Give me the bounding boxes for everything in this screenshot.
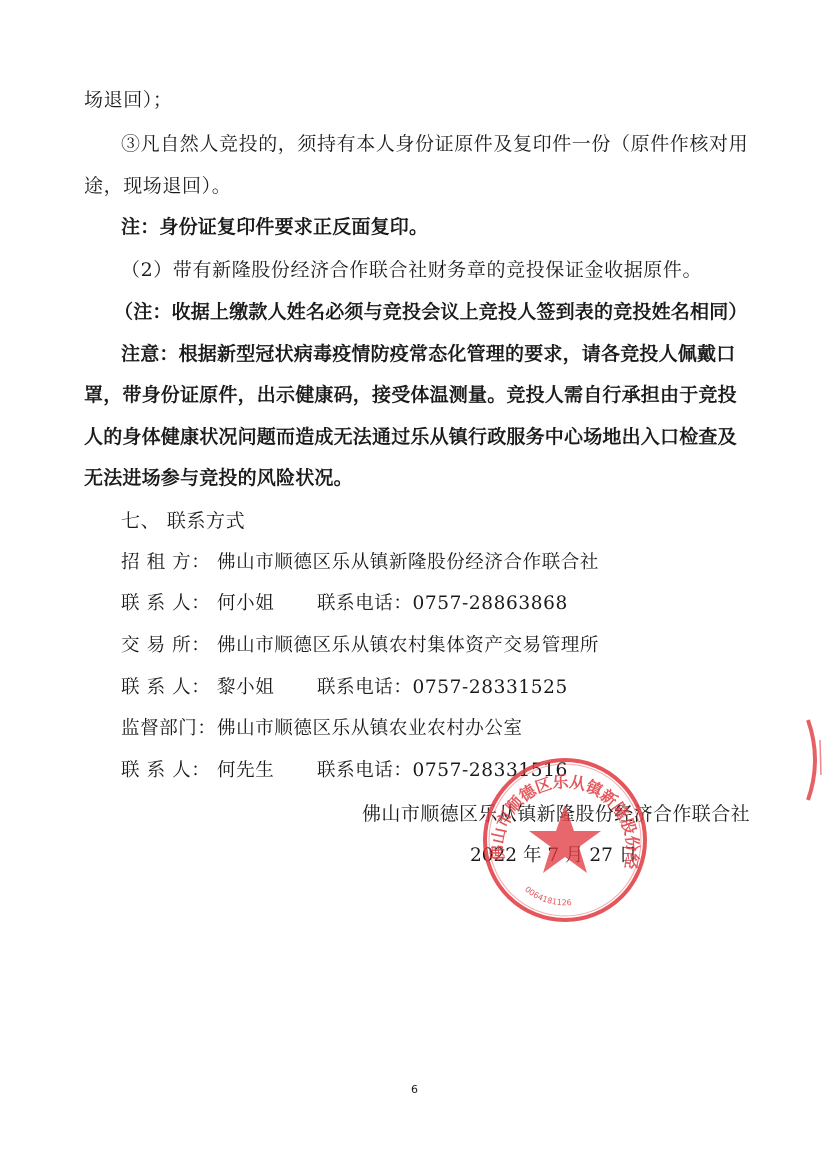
contact-row: 联 系 人：何先生 联系电话：0757-28331516 [121,759,274,783]
contact-label: 联 系 人： [121,759,217,783]
contact-value: 佛山市顺德区乐从镇农村集体资产交易管理所 [217,635,599,656]
svg-text:0064181126: 0064181126 [523,885,572,908]
signature-organization: 佛山市顺德区乐从镇新隆股份经济合作联合社 [362,802,750,826]
paragraph-text: ③凡自然人竞投的，须持有本人身份证原件及复印件一份（原件作核对用 [121,132,748,156]
contact-row: 交 易 所：佛山市顺德区乐从镇农村集体资产交易管理所 [121,634,599,658]
contact-label: 交 易 所： [121,634,217,658]
notice-text: 注意：根据新型冠状病毒疫情防疫常态化管理的要求，请各竞投人佩戴口 [121,342,735,366]
contact-value: 何先生 [217,760,274,781]
note-text: 注：身份证复印件要求正反面复印。 [121,215,428,239]
note-text: （注：收据上缴款人姓名必须与竞投会议上竞投人签到表的竞投姓名相同） [114,300,748,324]
notice-text: 罩，带身份证原件，出示健康码，接受体温测量。竞投人需自行承担由于竞投 [84,383,737,407]
seal-fragment-icon [800,715,827,805]
contact-label: 联 系 人： [121,676,217,700]
page-number: 6 [411,1083,418,1096]
contact-label: 监督部门： [121,717,217,741]
notice-text: 无法进场参与竞投的风险状况。 [84,466,353,490]
paragraph-text: 场退回）； [84,88,173,112]
section-heading: 七、 联系方式 [121,509,245,533]
phone-number: 0757-28863868 [413,593,568,614]
phone-number: 0757-28331516 [413,760,568,781]
notice-text: 人的身体健康状况问题而造成无法通过乐从镇行政服务中心场地出入口检查及 [84,425,737,449]
paragraph-text: （2）带有新隆股份经济合作联合社财务章的竞投保证金收据原件。 [121,258,702,282]
seal-serial: 0064181126 [523,885,572,908]
contact-label: 招 租 方： [121,551,217,575]
phone-label: 联系电话： [317,760,413,781]
contact-row: 联 系 人：黎小姐 联系电话：0757-28331525 [121,676,274,700]
signature-date: 2022 年 7 月 27 日 [470,844,637,868]
phone-number: 0757-28331525 [413,677,568,698]
phone-label: 联系电话： [317,593,413,614]
contact-label: 联 系 人： [121,592,217,616]
contact-value: 何小姐 [217,593,274,614]
contact-row: 监督部门：佛山市顺德区乐从镇农业农村办公室 [121,717,523,741]
contact-value: 佛山市顺德区乐从镇新隆股份经济合作联合社 [217,552,599,573]
phone-label: 联系电话： [317,677,413,698]
contact-row: 招 租 方：佛山市顺德区乐从镇新隆股份经济合作联合社 [121,551,599,575]
contact-row: 联 系 人：何小姐 联系电话：0757-28863868 [121,592,274,616]
paragraph-text: 途，现场退回）。 [84,174,231,198]
contact-value: 佛山市顺德区乐从镇农业农村办公室 [217,718,523,739]
contact-value: 黎小姐 [217,677,274,698]
